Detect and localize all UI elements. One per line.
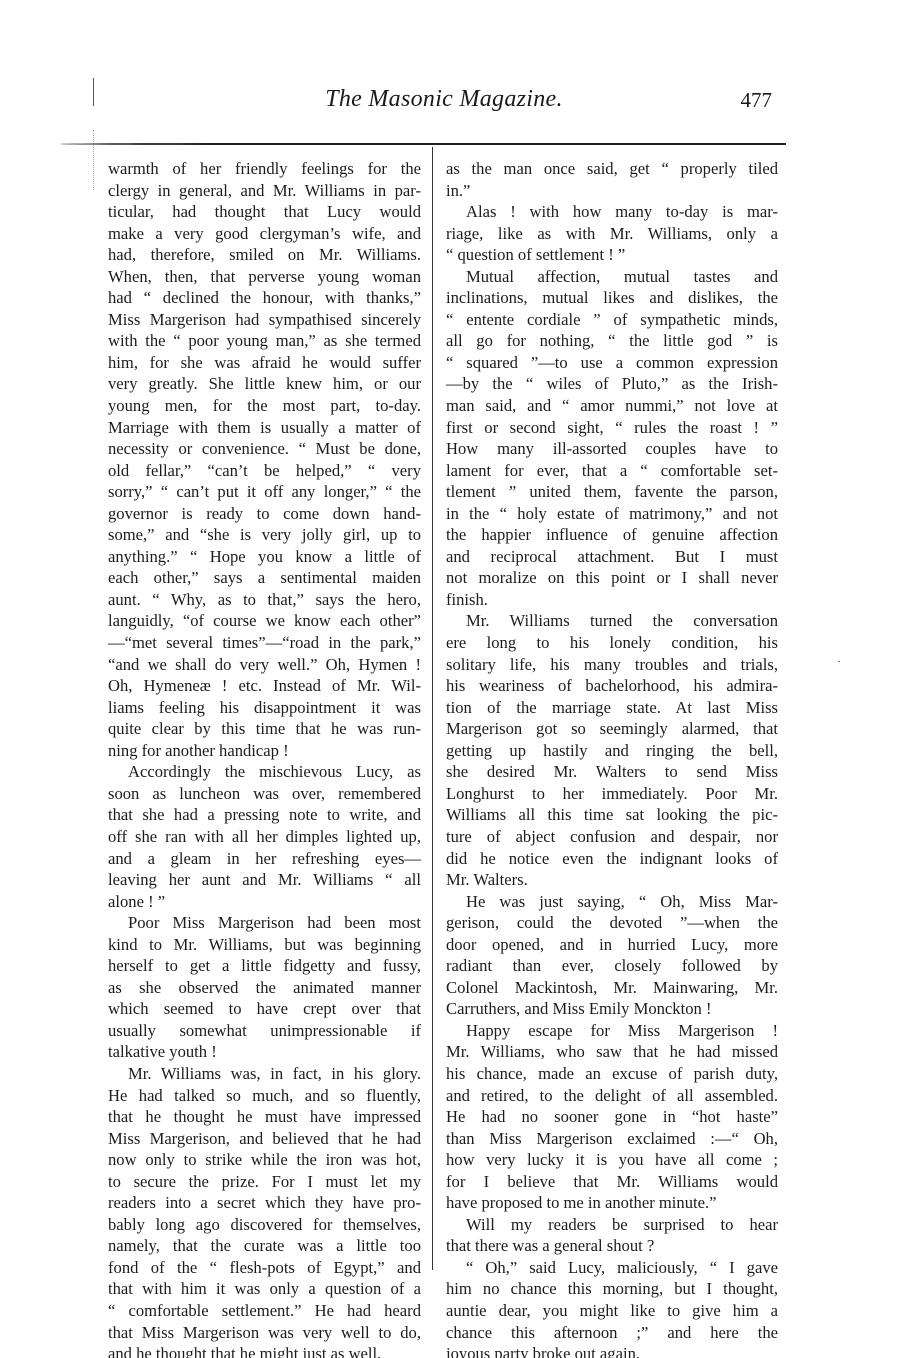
text-line: He had no sooner gone in “hot haste”: [446, 1106, 778, 1128]
text-line: kind to Mr. Williams, but was beginning: [108, 934, 421, 956]
page-header: The Masonic Magazine. 477: [108, 84, 780, 124]
text-line: Longhurst to her immediately. Poor Mr.: [446, 783, 778, 805]
text-line: very greatly. She little knew him, or ou…: [108, 373, 421, 395]
text-line: to secure the prize. For I must let my: [108, 1171, 421, 1193]
text-line: Mr. Williams turned the conversation: [446, 610, 778, 632]
text-line: have proposed to me in another minute.”: [446, 1192, 778, 1214]
text-line: —by the “ wiles of Pluto,” as the Irish-: [446, 373, 778, 395]
text-line: warmth of her friendly feelings for the: [108, 158, 421, 180]
text-line: she desired Mr. Walters to send Miss: [446, 761, 778, 783]
text-line: “ entente cordiale ” of sympathetic mind…: [446, 309, 778, 331]
text-line: in the “ holy estate of matrimony,” and …: [446, 503, 778, 525]
text-line: his weariness of bachelorhood, his admir…: [446, 675, 778, 697]
text-line: that with him it was only a question of …: [108, 1278, 421, 1300]
text-line: first or second sight, “ rules the roast…: [446, 417, 778, 439]
text-line: clergy in general, and Mr. Williams in p…: [108, 180, 421, 202]
text-line: “and we shall do very well.” Oh, Hymen !: [108, 654, 421, 676]
text-line: usually somewhat unimpressionable if: [108, 1020, 421, 1042]
text-line: Miss Margerison had sympathised sincerel…: [108, 309, 421, 331]
text-line: herself to get a little fidgetty and fus…: [108, 955, 421, 977]
text-line: which seemed to have crept over that: [108, 998, 421, 1020]
text-line: finish.: [446, 589, 778, 611]
text-line: him, for she was afraid he would suffer: [108, 352, 421, 374]
text-line: sorry,” “ can’t put it off any longer,” …: [108, 481, 421, 503]
paragraph: Happy escape for Miss Margerison !Mr. Wi…: [446, 1020, 778, 1214]
text-line: “ squared ”—to use a common expression: [446, 352, 778, 374]
text-line: solitary life, his many troubles and tri…: [446, 654, 778, 676]
text-line: some,” and “she is very jolly girl, up t…: [108, 524, 421, 546]
text-line: anything.” “ Hope you know a little of: [108, 546, 421, 568]
column-divider: [432, 147, 433, 1270]
text-line: that there was a general shout ?: [446, 1235, 778, 1257]
text-line: that Miss Margerison was very well to do…: [108, 1322, 421, 1344]
paragraph: as the man once said, get “ properly til…: [446, 158, 778, 201]
text-line: How many ill-assorted couples have to: [446, 438, 778, 460]
paragraph: He was just saying, “ Oh, Miss Mar-geris…: [446, 891, 778, 1020]
text-line: Alas ! with how many to-day is mar-: [446, 201, 778, 223]
text-line: He had talked so much, and so fluently,: [108, 1085, 421, 1107]
text-line: make a very good clergyman’s wife, and: [108, 223, 421, 245]
left-column: warmth of her friendly feelings for thec…: [108, 158, 421, 1358]
paragraph: Will my readers be surprised to hearthat…: [446, 1214, 778, 1257]
paragraph: Mr. Williams was, in fact, in his glory.…: [108, 1063, 421, 1358]
text-line: his chance, made an excuse of parish dut…: [446, 1063, 778, 1085]
text-line: door opened, and in hurried Lucy, more: [446, 934, 778, 956]
header-rule: [60, 143, 786, 145]
text-line: Colonel Mackintosh, Mr. Mainwaring, Mr.: [446, 977, 778, 999]
text-line: as the man once said, get “ properly til…: [446, 158, 778, 180]
text-line: Miss Margerison, and believed that he ha…: [108, 1128, 421, 1150]
text-line: man said, and “ amor nummi,” not love at: [446, 395, 778, 417]
paragraph: “ Oh,” said Lucy, maliciously, “ I gaveh…: [446, 1257, 778, 1358]
text-line: had “ declined the honour, with thanks,”: [108, 287, 421, 309]
text-line: Happy escape for Miss Margerison !: [446, 1020, 778, 1042]
text-line: that she had a pressing note to write, a…: [108, 804, 421, 826]
text-line: bably long ago discovered for themselves…: [108, 1214, 421, 1236]
right-column: as the man once said, get “ properly til…: [446, 158, 778, 1358]
text-line: and reciprocal attachment. But I must: [446, 546, 778, 568]
scan-margin-rule: [93, 78, 94, 106]
text-line: tion of the marriage state. At last Miss: [446, 697, 778, 719]
text-line: not moralize on this point or I shall ne…: [446, 567, 778, 589]
text-line: namely, that the curate was a little too: [108, 1235, 421, 1257]
text-line: governor is ready to come down hand-: [108, 503, 421, 525]
text-line: necessity or convenience. “ Must be done…: [108, 438, 421, 460]
text-line: ning for another handicap !: [108, 740, 421, 762]
text-line: When, then, that perverse young woman: [108, 266, 421, 288]
text-line: quite clear by this time that he was run…: [108, 718, 421, 740]
text-line: now only to strike while the iron was ho…: [108, 1149, 421, 1171]
text-line: than Miss Margerison exclaimed :—“ Oh,: [446, 1128, 778, 1150]
text-line: all go for nothing, “ the little god ” i…: [446, 330, 778, 352]
text-line: languidly, “of course we know each other…: [108, 610, 421, 632]
text-line: that he thought he must have impressed: [108, 1106, 421, 1128]
scan-speck: [838, 661, 840, 662]
text-line: getting up hastily and ringing the bell,: [446, 740, 778, 762]
text-line: fond of the “ flesh-pots of Egypt,” and: [108, 1257, 421, 1279]
text-line: did he notice even the indignant looks o…: [446, 848, 778, 870]
paragraph: warmth of her friendly feelings for thec…: [108, 158, 421, 761]
text-line: ere long to his lonely condition, his: [446, 632, 778, 654]
text-line: with the “ poor young man,” as she terme…: [108, 330, 421, 352]
text-line: riage, like as with Mr. Williams, only a: [446, 223, 778, 245]
text-line: chance this afternoon ;” and here the: [446, 1322, 778, 1344]
text-line: young men, for the most part, to-day.: [108, 395, 421, 417]
magazine-title: The Masonic Magazine.: [108, 86, 780, 113]
text-line: old fellar,” “can’t be helped,” “ very: [108, 460, 421, 482]
text-line: Carruthers, and Miss Emily Monckton !: [446, 998, 778, 1020]
text-line: liams feeling his disappointment it was: [108, 697, 421, 719]
text-line: joyous party broke out again.: [446, 1343, 778, 1358]
text-line: radiant than ever, closely followed by: [446, 955, 778, 977]
text-line: Margerison got so seemingly alarmed, tha…: [446, 718, 778, 740]
text-line: the happier influence of genuine affecti…: [446, 524, 778, 546]
text-line: Oh, Hymeneæ ! etc. Instead of Mr. Wil-: [108, 675, 421, 697]
text-line: off she ran with all her dimples lighted…: [108, 826, 421, 848]
paragraph: Mutual affection, mutual tastes andincli…: [446, 266, 778, 611]
paragraph: Mr. Williams turned the conversationere …: [446, 610, 778, 890]
paragraph: Accordingly the mischievous Lucy, assoon…: [108, 761, 421, 912]
text-line: “ Oh,” said Lucy, maliciously, “ I gave: [446, 1257, 778, 1279]
text-line: Poor Miss Margerison had been most: [108, 912, 421, 934]
text-line: each other,” says a sentimental maiden: [108, 567, 421, 589]
text-line: inclinations, mutual likes and dislikes,…: [446, 287, 778, 309]
text-line: Accordingly the mischievous Lucy, as: [108, 761, 421, 783]
text-line: tlement ” united them, favente the parso…: [446, 481, 778, 503]
text-line: Mr. Williams was, in fact, in his glory.: [108, 1063, 421, 1085]
text-line: He was just saying, “ Oh, Miss Mar-: [446, 891, 778, 913]
paragraph: Poor Miss Margerison had been mostkind t…: [108, 912, 421, 1063]
text-line: Will my readers be surprised to hear: [446, 1214, 778, 1236]
text-line: leaving her aunt and Mr. Williams “ all: [108, 869, 421, 891]
text-line: and retired, to the delight of all assem…: [446, 1085, 778, 1107]
text-line: talkative youth !: [108, 1041, 421, 1063]
page-number: 477: [741, 88, 773, 113]
text-line: Mutual affection, mutual tastes and: [446, 266, 778, 288]
text-line: Williams all this time sat looking the p…: [446, 804, 778, 826]
text-line: and he thought that he might just as wel…: [108, 1343, 421, 1358]
text-line: aunt. “ Why, as to that,” says the hero,: [108, 589, 421, 611]
text-line: Mr. Walters.: [446, 869, 778, 891]
text-line: in.”: [446, 180, 778, 202]
text-line: how very lucky it is you have all come ;: [446, 1149, 778, 1171]
text-line: soon as luncheon was over, remembered: [108, 783, 421, 805]
text-line: “ question of settlement ! ”: [446, 244, 778, 266]
text-line: alone ! ”: [108, 891, 421, 913]
scan-margin-dots: [93, 130, 95, 190]
text-line: Mr. Williams, who saw that he had missed: [446, 1041, 778, 1063]
text-line: readers into a secret which they have pr…: [108, 1192, 421, 1214]
text-line: for I believe that Mr. Williams would: [446, 1171, 778, 1193]
text-line: him no chance this morning, but I though…: [446, 1278, 778, 1300]
text-line: lament for ever, that a “ comfortable se…: [446, 460, 778, 482]
text-line: —“met several times”—“road in the park,”: [108, 632, 421, 654]
text-line: Marriage with them is usually a matter o…: [108, 417, 421, 439]
text-line: “ comfortable settlement.” He had heard: [108, 1300, 421, 1322]
text-line: and a gleam in her refreshing eyes—: [108, 848, 421, 870]
text-line: ture of abject confusion and despair, no…: [446, 826, 778, 848]
text-line: ticular, had thought that Lucy would: [108, 201, 421, 223]
text-line: auntie dear, you might like to give him …: [446, 1300, 778, 1322]
text-line: gerison, could the devoted ”—when the: [446, 912, 778, 934]
text-line: had, therefore, smiled on Mr. Williams.: [108, 244, 421, 266]
text-line: as she observed the animated manner: [108, 977, 421, 999]
paragraph: Alas ! with how many to-day is mar-riage…: [446, 201, 778, 266]
